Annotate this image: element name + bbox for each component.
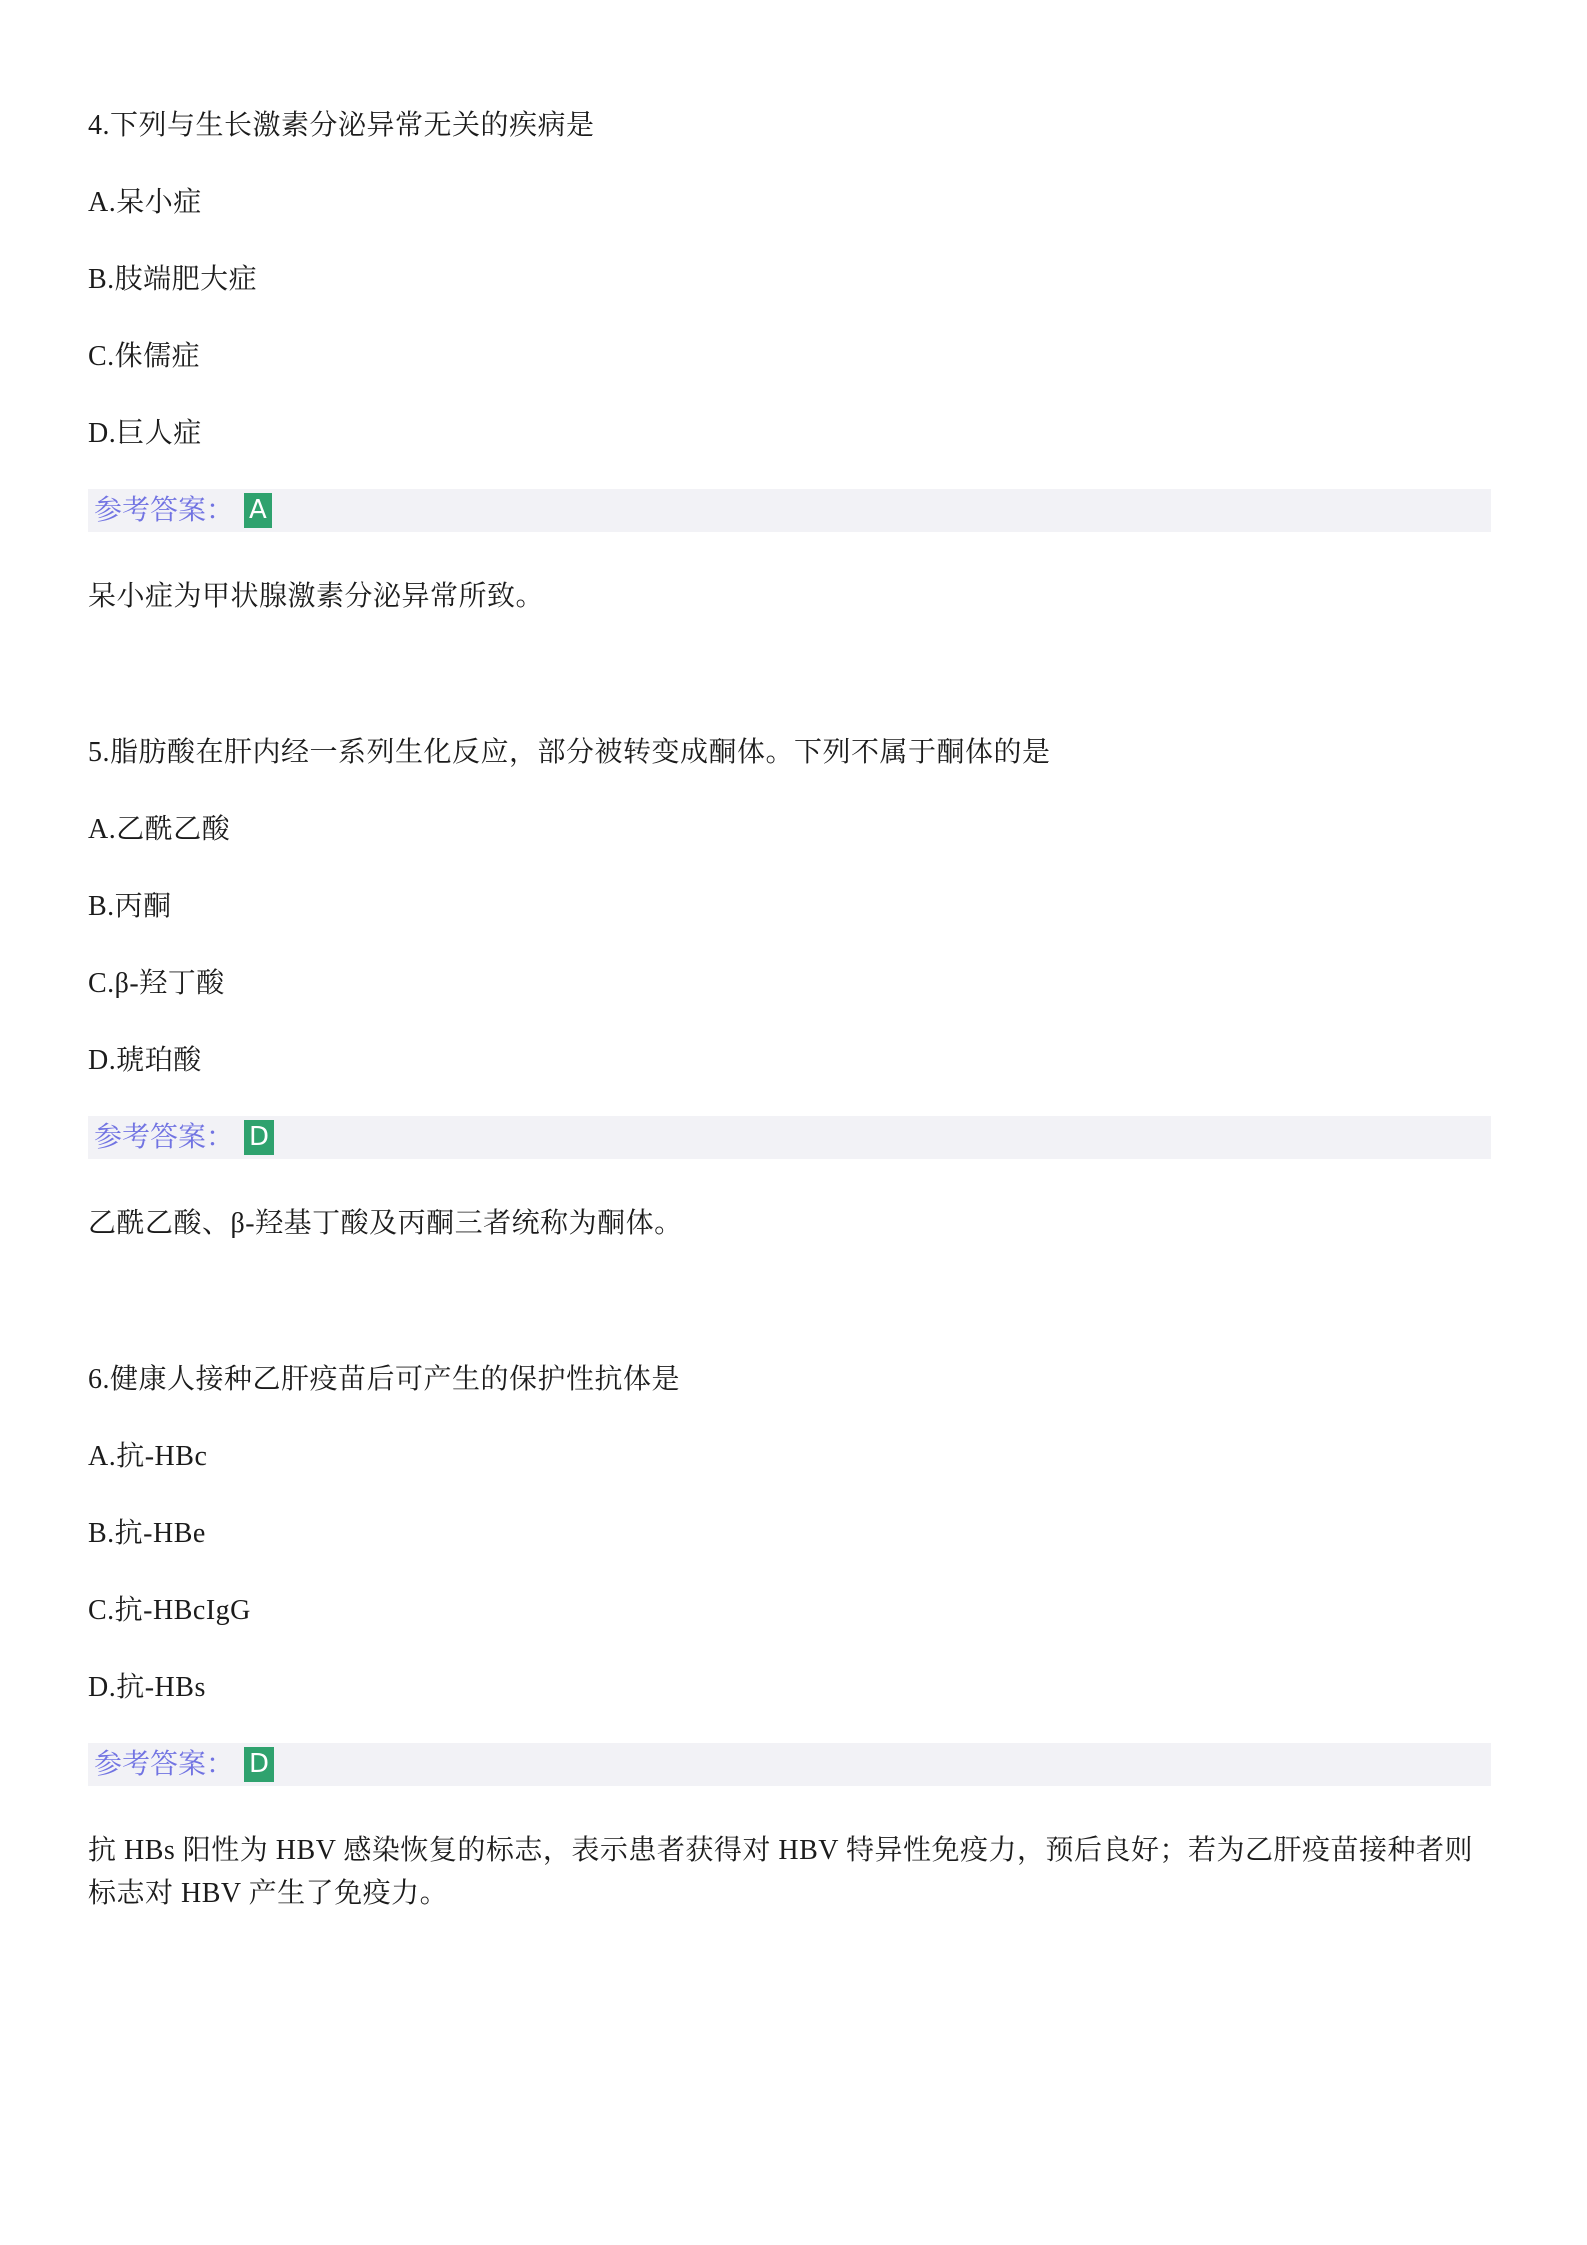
question-5-answer-label: 参考答案： bbox=[94, 1116, 234, 1159]
question-5-option-a: A.乙酰乙酸 bbox=[88, 808, 1491, 851]
question-4-answer-label: 参考答案： bbox=[94, 489, 234, 532]
question-5-option-b: B.丙酮 bbox=[88, 885, 1491, 928]
question-6-answer-badge: D bbox=[244, 1747, 274, 1782]
question-6: 6.健康人接种乙肝疫苗后可产生的保护性抗体是 A.抗-HBc B.抗-HBe C… bbox=[88, 1358, 1491, 1915]
question-5: 5.脂肪酸在肝内经一系列生化反应，部分被转变成酮体。下列不属于酮体的是 A.乙酰… bbox=[88, 731, 1491, 1245]
question-6-option-b: B.抗-HBe bbox=[88, 1512, 1491, 1555]
question-6-answer-bar: 参考答案： D bbox=[88, 1743, 1491, 1786]
question-5-option-c: C.β-羟丁酸 bbox=[88, 962, 1491, 1005]
question-5-title: 5.脂肪酸在肝内经一系列生化反应，部分被转变成酮体。下列不属于酮体的是 bbox=[88, 731, 1491, 774]
question-6-answer-label: 参考答案： bbox=[94, 1743, 234, 1786]
question-4-option-d: D.巨人症 bbox=[88, 412, 1491, 455]
document-page: 4.下列与生长激素分泌异常无关的疾病是 A.呆小症 B.肢端肥大症 C.侏儒症 … bbox=[0, 0, 1587, 2245]
question-5-answer-bar: 参考答案： D bbox=[88, 1116, 1491, 1159]
question-4-option-b: B.肢端肥大症 bbox=[88, 258, 1491, 301]
question-6-option-c: C.抗-HBcIgG bbox=[88, 1589, 1491, 1632]
question-4-option-c: C.侏儒症 bbox=[88, 335, 1491, 378]
question-5-answer-badge: D bbox=[244, 1120, 274, 1155]
question-5-explanation: 乙酰乙酸、β-羟基丁酸及丙酮三者统称为酮体。 bbox=[88, 1202, 1491, 1245]
question-4-answer-badge: A bbox=[244, 493, 272, 528]
question-4-title: 4.下列与生长激素分泌异常无关的疾病是 bbox=[88, 104, 1491, 147]
question-6-explanation: 抗 HBs 阳性为 HBV 感染恢复的标志，表示患者获得对 HBV 特异性免疫力… bbox=[88, 1829, 1491, 1915]
question-4-option-a: A.呆小症 bbox=[88, 181, 1491, 224]
question-6-title: 6.健康人接种乙肝疫苗后可产生的保护性抗体是 bbox=[88, 1358, 1491, 1401]
question-6-option-d: D.抗-HBs bbox=[88, 1666, 1491, 1709]
question-4: 4.下列与生长激素分泌异常无关的疾病是 A.呆小症 B.肢端肥大症 C.侏儒症 … bbox=[88, 104, 1491, 618]
question-5-option-d: D.琥珀酸 bbox=[88, 1039, 1491, 1082]
question-6-option-a: A.抗-HBc bbox=[88, 1435, 1491, 1478]
question-4-answer-bar: 参考答案： A bbox=[88, 489, 1491, 532]
question-4-explanation: 呆小症为甲状腺激素分泌异常所致。 bbox=[88, 575, 1491, 618]
